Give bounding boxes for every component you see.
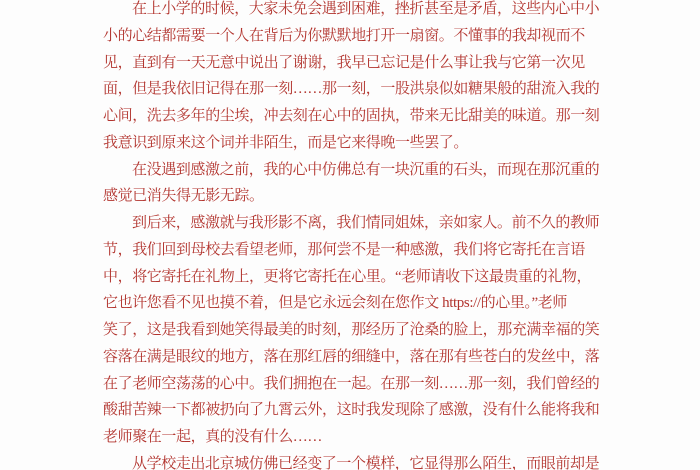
essay-line: 心间，洗去多年的尘埃，冲去刻在心中的固执，带来无比甜美的味道。那一刻 [103, 103, 603, 130]
essay-line: 在没遇到感激之前，我的心中仿佛总有一块沉重的石头，而现在那沉重的 [103, 157, 603, 184]
essay-line: 它也许您看不见也摸不着，但是它永远会刻在您作文 https://的心里。”老师 [103, 290, 603, 317]
essay-line: 中，将它寄托在礼物上，更将它寄托在心里。“老师请收下这最贵重的礼物， [103, 264, 603, 291]
essay-line: 小的心结都需要一个人在背后为你默默地打开一扇窗。不懂事的我却视而不 [103, 23, 603, 50]
essay-line: 笑了，这是我看到她笑得最美的时刻，那经历了沧桑的脸上，那充满幸福的笑 [103, 317, 603, 344]
essay-line: 在了老师空荡荡的心中。我们拥抱在一起。在那一刻……那一刻，我们曾经的 [103, 371, 603, 398]
page: { "page": { "background": "#fdfdfd", "te… [0, 0, 700, 470]
essay-line: 酸甜苦辣一下都被扔向了九霄云外，这时我发现除了感激，没有什么能将我和 [103, 397, 603, 424]
essay-line: 在上小学的时候，大家未免会遇到困难，挫折甚至是矛盾，这些内心中小 [103, 0, 603, 23]
essay-line: 老师聚在一起，真的没有什么…… [103, 424, 603, 451]
essay-line: 见，直到有一天无意中说出了谢谢，我早已忘记是什么事让我与它第一次见 [103, 50, 603, 77]
essay-line: 到后来，感激就与我形影不离，我们情同姐妹，亲如家人。前不久的教师 [103, 210, 603, 237]
essay-line: 节，我们回到母校去看望老师，那何尝不是一种感激，我们将它寄托在言语 [103, 237, 603, 264]
essay-line: 容落在满是眼纹的地方，落在那红唇的细缝中，落在那有些苍白的发丝中，落 [103, 344, 603, 371]
essay-line: 我意识到原来这个词并非陌生，而是它来得晚一些罢了。 [103, 130, 603, 157]
essay-line: 感觉已消失得无影无踪。 [103, 183, 603, 210]
essay-line: 从学校走出北京城仿佛已经变了一个模样，它显得那么陌生，而眼前却是 [103, 451, 603, 470]
essay-line: 面，但是我依旧记得在那一刻……那一刻，一股洪泉似如糖果般的甜流入我的 [103, 76, 603, 103]
essay-document: 在上小学的时候，大家未免会遇到困难，挫折甚至是矛盾，这些内心中小 小的心结都需要… [103, 0, 603, 470]
